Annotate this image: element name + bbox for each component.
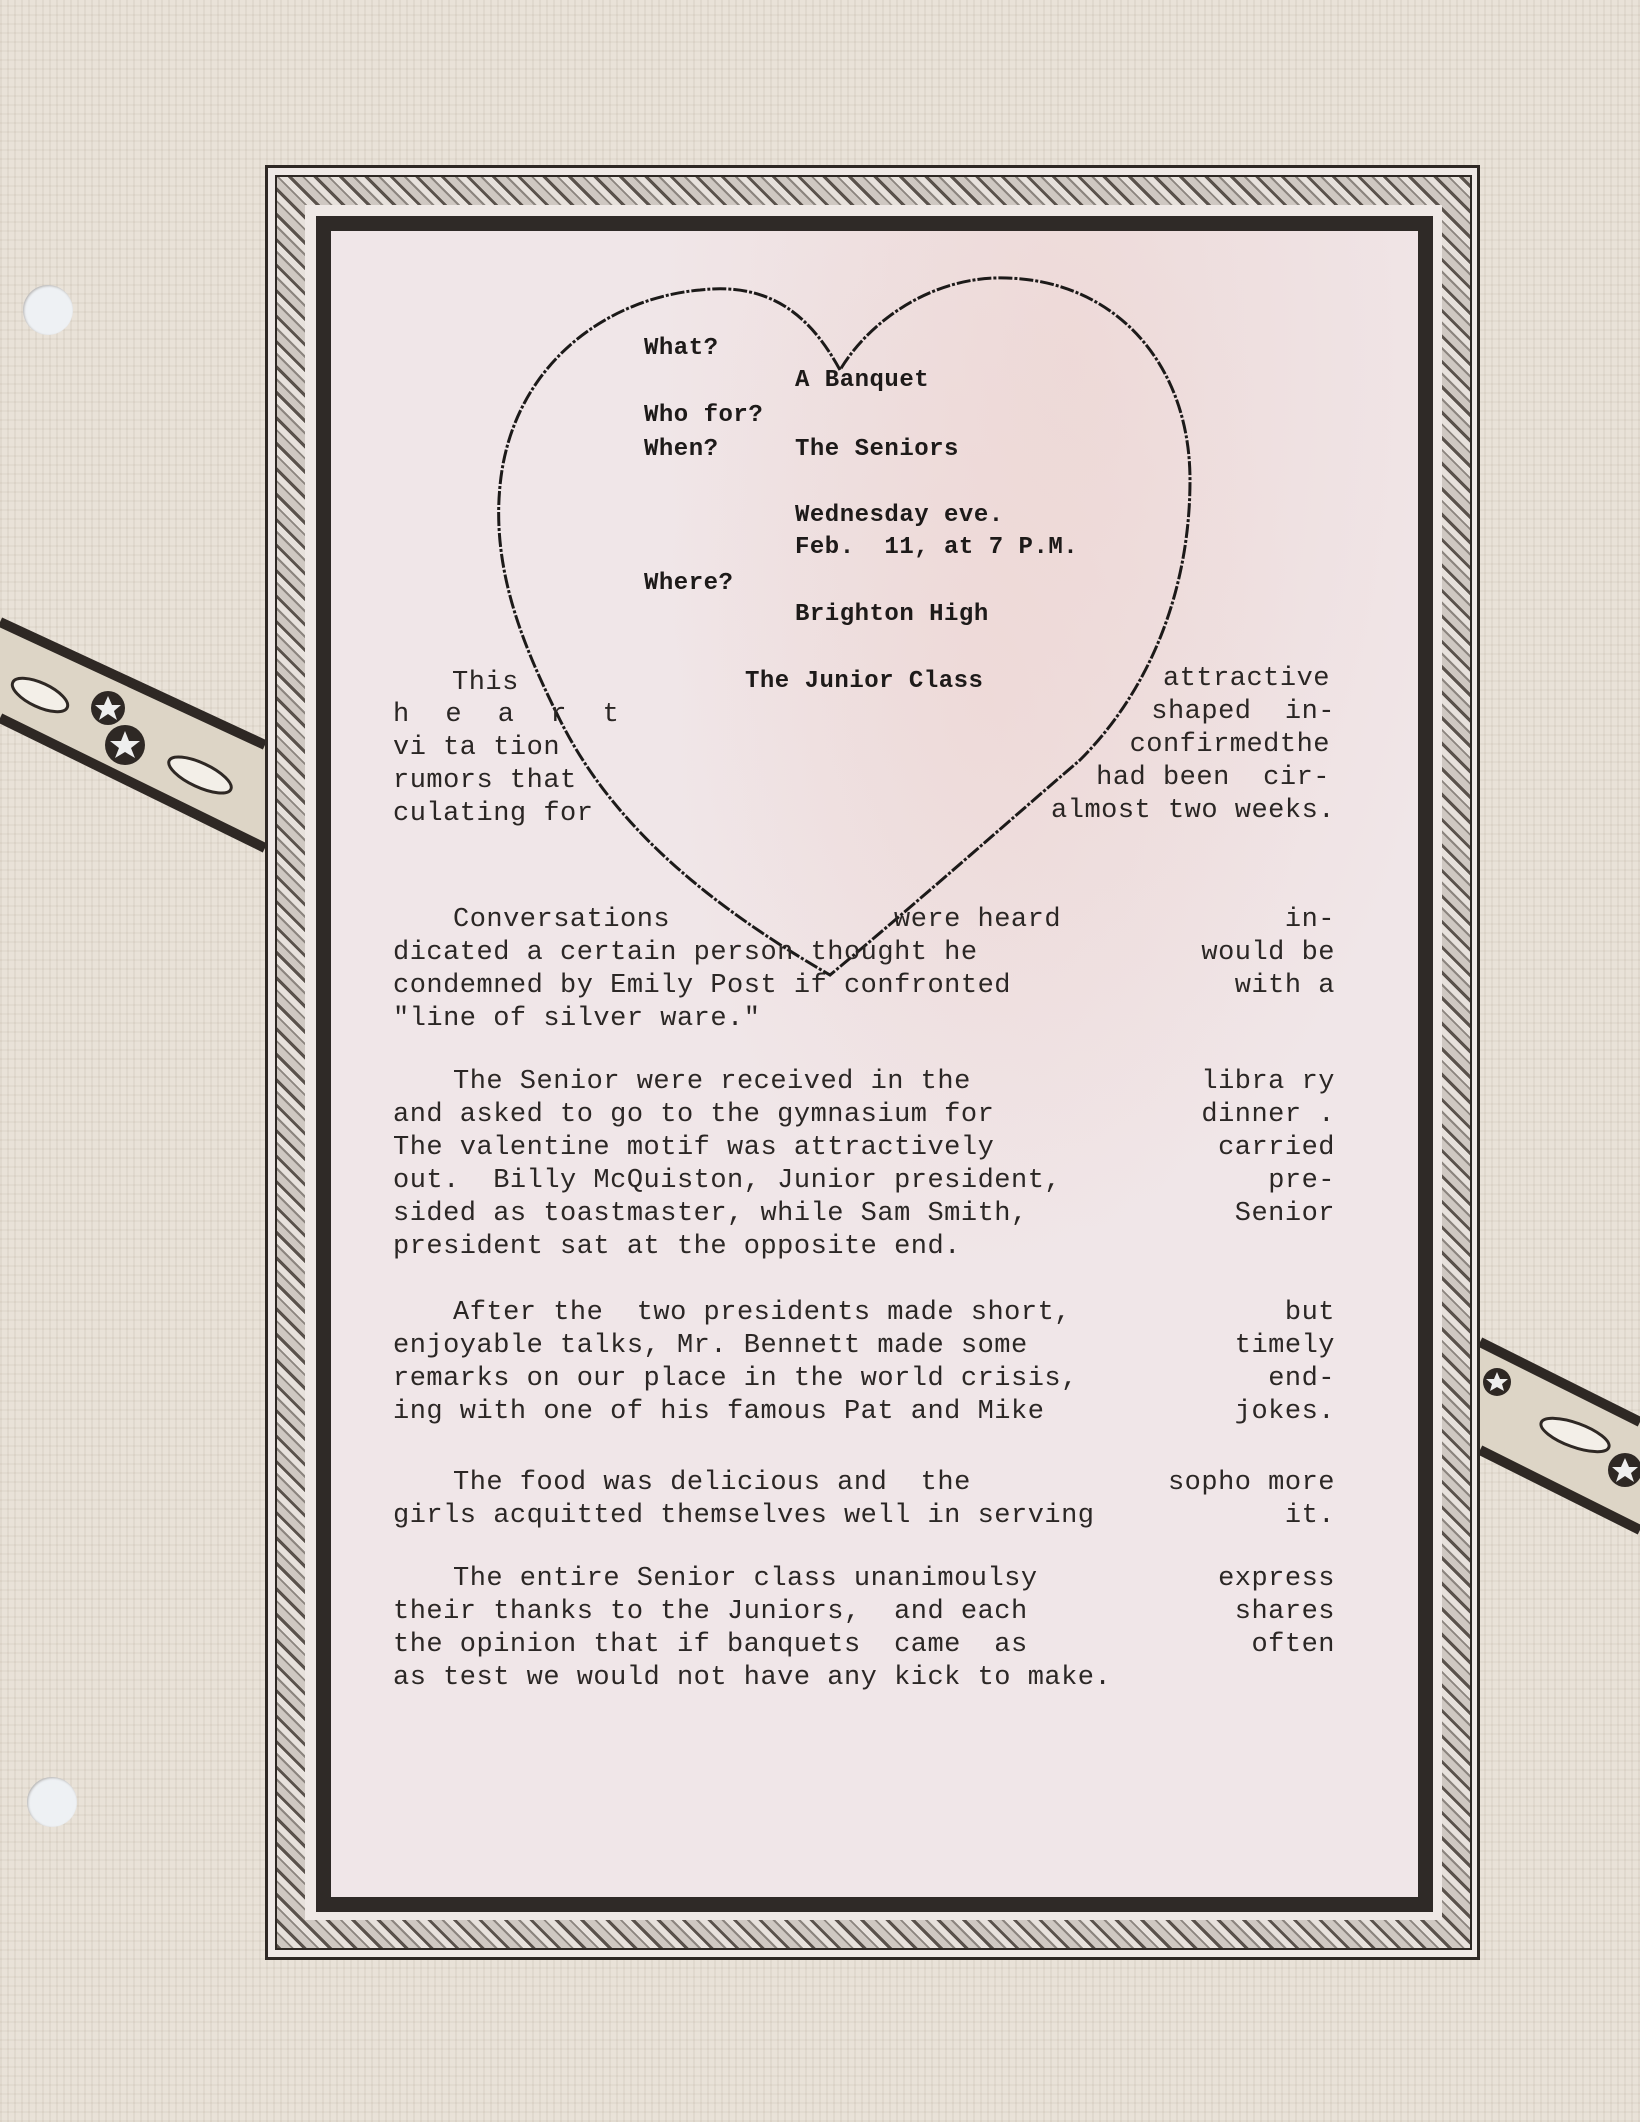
text-segment: sopho more: [1168, 1468, 1335, 1498]
text-segment: "line of silver ware.": [393, 1004, 760, 1034]
paragraph-line: ing with one of his famous Pat and Mikej…: [393, 1397, 1335, 1427]
text-segment: timely: [1235, 1331, 1335, 1361]
text-segment: remarks on our place in the world crisis…: [393, 1364, 1078, 1394]
where-value: Brighton High: [795, 601, 989, 628]
text-segment: sided as toastmaster, while Sam Smith,: [393, 1199, 1028, 1229]
text-segment: and asked to go to the gymnasium for: [393, 1100, 994, 1130]
text-segment: The entire Senior class unanimoulsy: [453, 1564, 1038, 1594]
paragraph-line: the opinion that if banquets came asofte…: [393, 1630, 1335, 1660]
text-segment: jokes.: [1235, 1397, 1335, 1427]
what-value: A Banquet: [795, 367, 929, 394]
when-label: When?: [644, 436, 719, 463]
intro-left-line: culating for: [393, 799, 593, 829]
text-segment: After the two presidents made short,: [453, 1298, 1071, 1328]
paragraph-line: The Senior were received in thelibra ry: [453, 1067, 1335, 1097]
intro-left-line: This: [452, 668, 519, 698]
paragraph-line: sided as toastmaster, while Sam Smith,Se…: [393, 1199, 1335, 1229]
who-value: The Seniors: [795, 436, 959, 463]
text-segment: often: [1251, 1630, 1335, 1660]
when-value-day: Wednesday eve.: [795, 502, 1004, 529]
paragraph-line: as test we would not have any kick to ma…: [393, 1663, 1335, 1693]
text-segment: shares: [1235, 1597, 1335, 1627]
text-segment: end-: [1268, 1364, 1335, 1394]
paragraph-line: girls acquitted themselves well in servi…: [393, 1501, 1335, 1531]
text-segment: ing with one of his famous Pat and Mike: [393, 1397, 1044, 1427]
text-segment: The valentine motif was attractively: [393, 1133, 994, 1163]
paragraph-line: "line of silver ware.": [393, 1004, 1335, 1034]
intro-right-line: almost two weeks.: [1051, 796, 1335, 826]
text-segment: would be: [1201, 938, 1335, 968]
text-segment: The Senior were received in the: [453, 1067, 971, 1097]
text-segment: as test we would not have any kick to ma…: [393, 1663, 1111, 1693]
paragraph-line: enjoyable talks, Mr. Bennett made someti…: [393, 1331, 1335, 1361]
text-segment: Conversations: [453, 905, 670, 935]
text-segment: their thanks to the Juniors, and each: [393, 1597, 1028, 1627]
paragraph-line: The food was delicious and thesopho more: [453, 1468, 1335, 1498]
text-segment: in-: [1285, 905, 1335, 935]
text-segment: president sat at the opposite end.: [393, 1232, 961, 1262]
what-label: What?: [644, 335, 719, 362]
paragraph-line: dicated a certain person thought hewould…: [393, 938, 1335, 968]
text-segment: express: [1218, 1564, 1335, 1594]
intro-left-line: h e a r t: [393, 700, 629, 730]
when-value-date: Feb. 11, at 7 P.M.: [795, 534, 1078, 561]
text-segment: dicated a certain person thought he: [393, 938, 978, 968]
who-label: Who for?: [644, 402, 763, 429]
where-label: Where?: [644, 570, 733, 597]
intro-right-line: attractive: [1163, 664, 1330, 694]
paragraph-line: and asked to go to the gymnasium fordinn…: [393, 1100, 1335, 1130]
text-segment: were heard: [894, 905, 1061, 935]
text-segment: carried: [1218, 1133, 1335, 1163]
intro-right-line: had been cir-: [1096, 763, 1330, 793]
paragraph-line: president sat at the opposite end.: [393, 1232, 1335, 1262]
intro-right-line: shaped in-: [1151, 697, 1335, 727]
text-segment: girls acquitted themselves well in servi…: [393, 1501, 1095, 1531]
paragraph-line: After the two presidents made short,but: [453, 1298, 1335, 1328]
text-segment: The food was delicious and the: [453, 1468, 971, 1498]
paragraph-line: The entire Senior class unanimoulsyexpre…: [453, 1564, 1335, 1594]
text-segment: dinner .: [1201, 1100, 1335, 1130]
heart-outline: [0, 0, 1640, 2122]
text-segment: Senior: [1235, 1199, 1335, 1229]
text-segment: condemned by Emily Post if confronted: [393, 971, 1011, 1001]
paragraph-line: condemned by Emily Post if confrontedwit…: [393, 971, 1335, 1001]
text-segment: libra ry: [1201, 1067, 1335, 1097]
text-segment: enjoyable talks, Mr. Bennett made some: [393, 1331, 1028, 1361]
text-segment: it.: [1285, 1501, 1335, 1531]
text-segment: the opinion that if banquets came as: [393, 1630, 1028, 1660]
paragraph-line: The valentine motif was attractivelycarr…: [393, 1133, 1335, 1163]
host-value: The Junior Class: [745, 668, 983, 695]
text-segment: with a: [1235, 971, 1335, 1001]
paragraph-line: remarks on our place in the world crisis…: [393, 1364, 1335, 1394]
paragraph-line: out. Billy McQuiston, Junior president,p…: [393, 1166, 1335, 1196]
text-segment: out. Billy McQuiston, Junior president,: [393, 1166, 1061, 1196]
text-segment: but: [1285, 1298, 1335, 1328]
intro-left-line: vi ta tion: [393, 733, 560, 763]
paragraph-line: Conversationswere heardin-: [453, 905, 1335, 935]
paragraph-line: their thanks to the Juniors, and eachsha…: [393, 1597, 1335, 1627]
intro-right-line: confirmedthe: [1130, 730, 1330, 760]
intro-left-line: rumors that: [393, 766, 577, 796]
text-segment: pre-: [1268, 1166, 1335, 1196]
